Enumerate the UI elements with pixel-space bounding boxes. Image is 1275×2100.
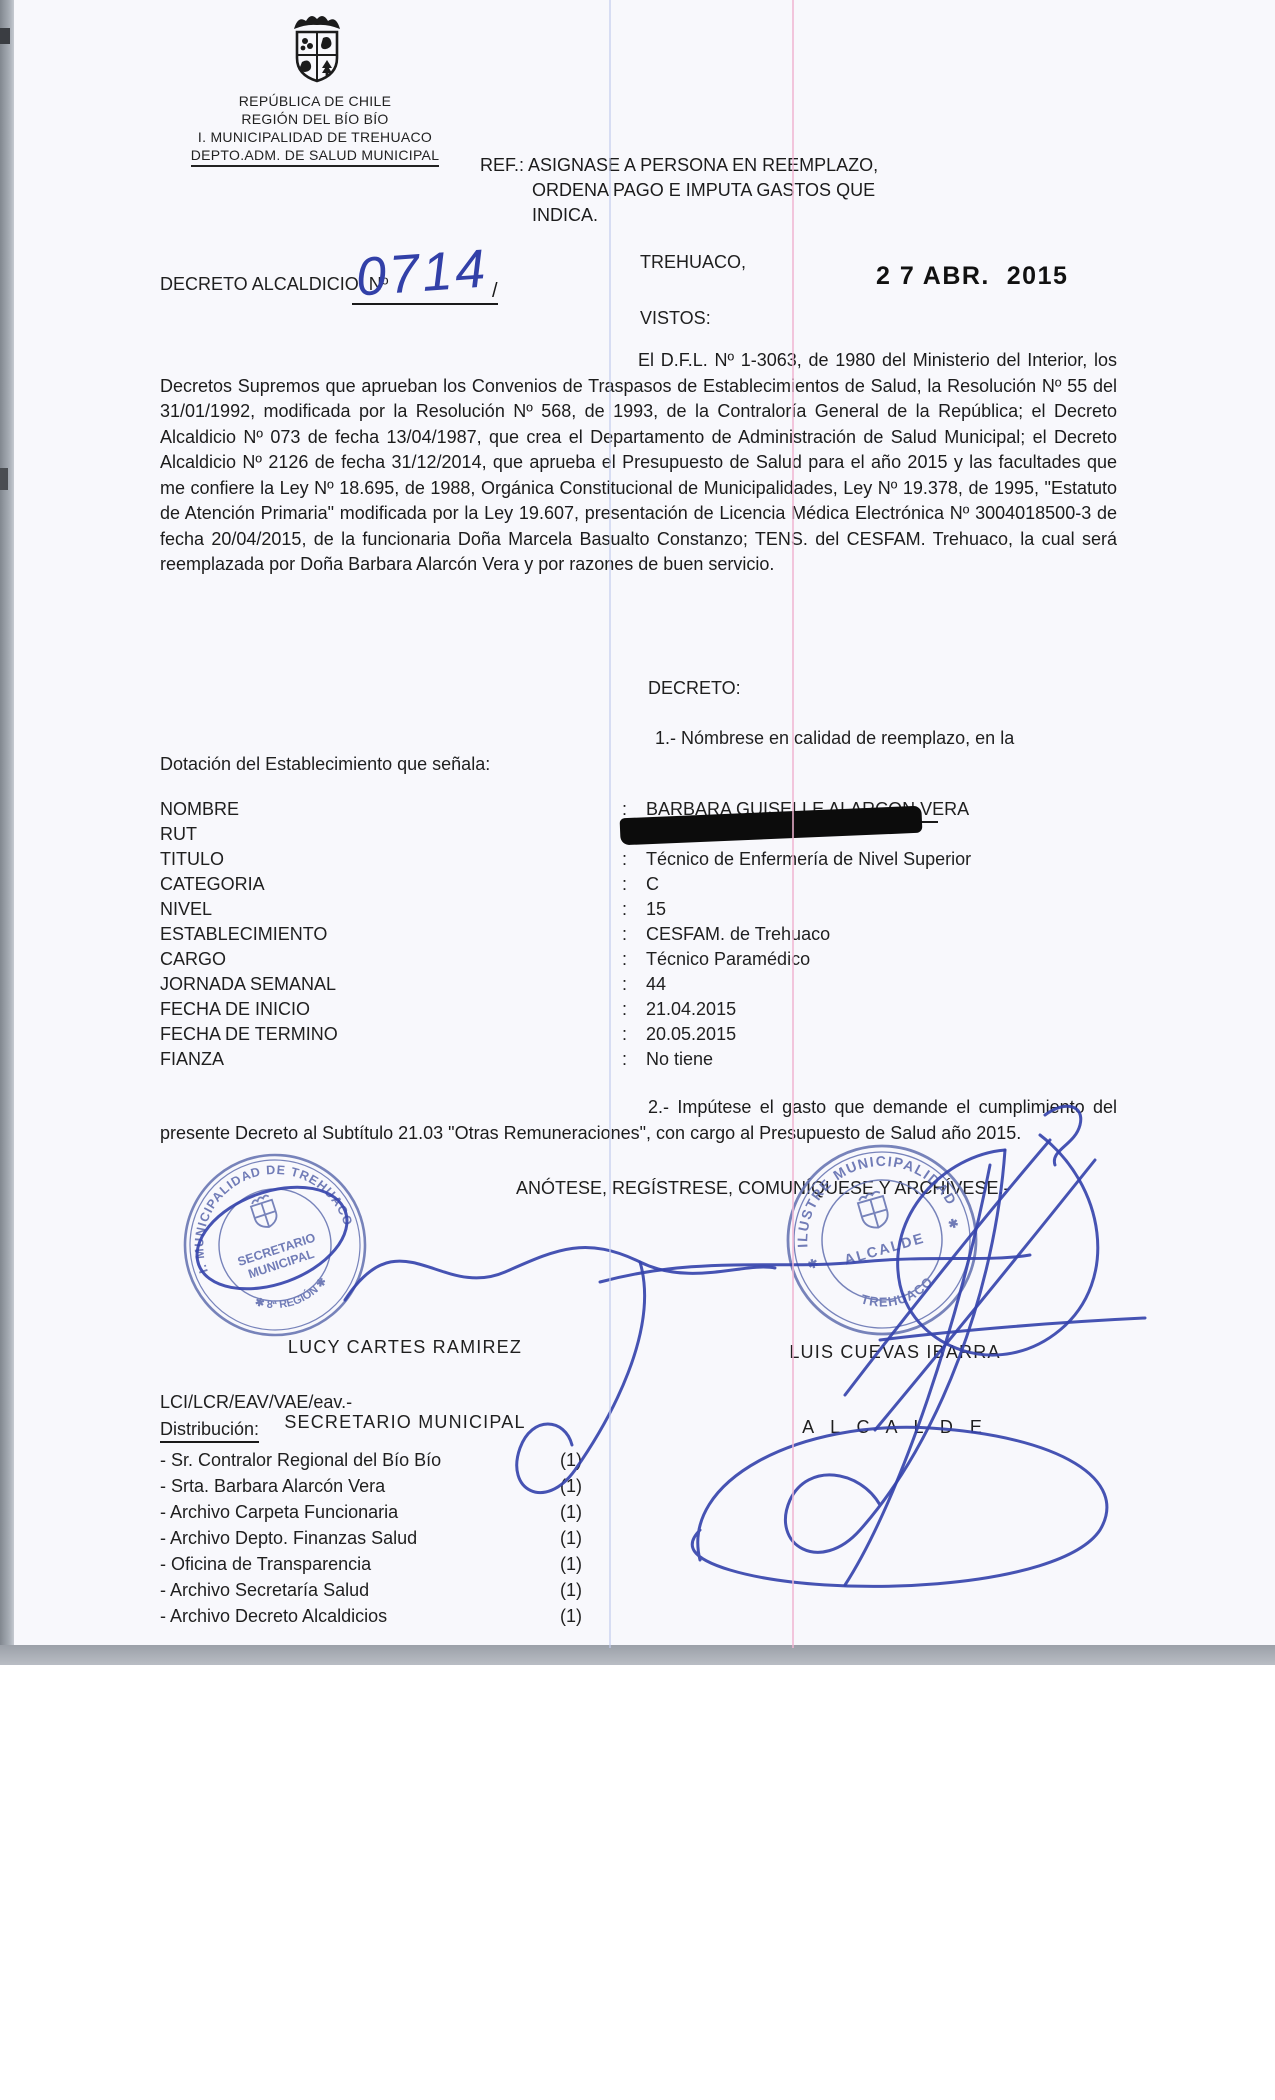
distribution-name: - Archivo Depto. Finanzas Salud (160, 1525, 560, 1551)
letterhead-line: REGIÓN DEL BÍO BÍO (165, 110, 465, 128)
scanner-left-edge (0, 0, 14, 1652)
scan-artifact-mark (0, 28, 10, 44)
distribution-copies: (1) (560, 1577, 630, 1603)
distribution-name: - Oficina de Transparencia (160, 1551, 560, 1577)
field-colon: : (622, 997, 646, 1022)
svg-text:✱ 8ª REGIÓN ✱: ✱ 8ª REGIÓN ✱ (251, 1274, 334, 1320)
field-value: 21.04.2015 (646, 997, 1120, 1022)
distribution-copies: (1) (560, 1447, 630, 1473)
letterhead-line: I. MUNICIPALIDAD DE TREHUACO (165, 128, 465, 146)
distribution-item: - Sr. Contralor Regional del Bío Bío(1) (160, 1447, 630, 1473)
distribution-name: - Sr. Contralor Regional del Bío Bío (160, 1447, 560, 1473)
field-value: 15 (646, 897, 1120, 922)
field-colon: : (622, 872, 646, 897)
field-label: FECHA DE TERMINO (160, 1022, 622, 1047)
distribution-item: - Srta. Barbara Alarcón Vera(1) (160, 1473, 630, 1499)
handwritten-decree-number: 0714 (354, 237, 490, 308)
field-row: NIVEL:15 (160, 897, 1120, 922)
field-label: NOMBRE (160, 797, 622, 822)
distribution-copies: (1) (560, 1525, 630, 1551)
distribution-item: - Archivo Decreto Alcaldicios(1) (160, 1603, 630, 1629)
vistos-label: VISTOS: (640, 306, 711, 331)
signer-name: LUIS CUEVAS IBARRA (735, 1340, 1055, 1365)
stamp-arc-bottom-text: ✱ 8ª REGIÓN ✱ (251, 1274, 334, 1320)
place-label: TREHUACO, (640, 250, 746, 275)
distribution-title: Distribución: (160, 1419, 259, 1443)
distribution-item: - Archivo Depto. Finanzas Salud(1) (160, 1525, 630, 1551)
field-label: FECHA DE INICIO (160, 997, 622, 1022)
letterhead-line: DEPTO.ADM. DE SALUD MUNICIPAL (165, 146, 465, 167)
paper-bottom-shadow (0, 1645, 1275, 1665)
distribution-copies: (1) (560, 1499, 630, 1525)
field-label: FIANZA (160, 1047, 622, 1072)
field-row: TITULO:Técnico de Enfermería de Nivel Su… (160, 847, 1120, 872)
stamp-center-text: ALCALDE (843, 1230, 927, 1268)
ref-line: INDICA. (480, 203, 900, 228)
municipal-coat-of-arms-icon (288, 12, 346, 90)
field-label: TITULO (160, 847, 622, 872)
stamp-star-right: ✱ (947, 1216, 961, 1232)
field-row: ESTABLECIMIENTO:CESFAM. de Trehuaco (160, 922, 1120, 947)
distribution-copies: (1) (560, 1473, 630, 1499)
stamp-shield-icon (249, 1194, 280, 1230)
field-colon: : (622, 897, 646, 922)
signer-title: SECRETARIO MUNICIPAL (250, 1410, 560, 1435)
field-row: CARGO:Técnico Paramédico (160, 947, 1120, 972)
secretario-municipal-stamp: I. MUNICIPALIDAD DE TREHUACO ✱ 8ª REGIÓN… (150, 1148, 400, 1343)
letterhead-dept-underlined: DEPTO.ADM. DE SALUD MUNICIPAL (191, 146, 440, 167)
decree-number-label: DECRETO ALCALDICIO Nº (160, 272, 388, 297)
distribution-item: - Oficina de Transparencia(1) (160, 1551, 630, 1577)
signer-title: A L C A L D E (735, 1415, 1055, 1440)
field-value: C (646, 872, 1120, 897)
decreto-label: DECRETO: (648, 676, 741, 701)
distribution-name: - Archivo Carpeta Funcionaria (160, 1499, 560, 1525)
field-colon: : (622, 1022, 646, 1047)
distribution-copies: (1) (560, 1551, 630, 1577)
field-value: Técnico Paramédico (646, 947, 1120, 972)
distribution-name: - Archivo Secretaría Salud (160, 1577, 560, 1603)
field-label: CATEGORIA (160, 872, 622, 897)
field-value: 44 (646, 972, 1120, 997)
field-row: FECHA DE TERMINO:20.05.2015 (160, 1022, 1120, 1047)
responsibility-initials: LCI/LCR/EAV/VAE/eav.- (160, 1392, 352, 1413)
field-label: NIVEL (160, 897, 622, 922)
scan-artifact-mark (0, 468, 8, 490)
field-row: FECHA DE INICIO:21.04.2015 (160, 997, 1120, 1022)
field-colon: : (622, 972, 646, 997)
field-label: CARGO (160, 947, 622, 972)
svg-text:TREHUACO: TREHUACO (856, 1271, 940, 1318)
scanned-decree-document: REPÚBLICA DE CHILE REGIÓN DEL BÍO BÍO I.… (0, 0, 1275, 2100)
stamp-star-left: ✱ (806, 1256, 820, 1272)
alcalde-stamp: ILUSTRE MUNICIPALIDAD TREHUACO ✱ ✱ ALCAL… (752, 1138, 1012, 1343)
field-row: JORNADA SEMANAL:44 (160, 972, 1120, 997)
stamp-shield-icon (856, 1190, 891, 1231)
field-label: RUT (160, 822, 622, 847)
field-value: Técnico de Enfermería de Nivel Superior (646, 847, 1120, 872)
field-row: CATEGORIA:C (160, 872, 1120, 897)
stamp-arc-bottom-text: TREHUACO (856, 1271, 940, 1318)
decreto-item1-line2: Dotación del Establecimiento que señala: (160, 752, 490, 777)
date-stamp: 2 7 ABR. 2015 (876, 262, 1068, 291)
field-colon: : (622, 922, 646, 947)
field-colon: : (622, 1047, 646, 1072)
ref-line: ORDENA PAGO E IMPUTA GASTOS QUE (480, 178, 900, 203)
field-label: ESTABLECIMIENTO (160, 922, 622, 947)
distribution-item: - Archivo Carpeta Funcionaria(1) (160, 1499, 630, 1525)
ref-line: REF.: ASIGNASE A PERSONA EN REEMPLAZO, (480, 153, 900, 178)
vistos-paragraph: El D.F.L. Nº 1-3063, de 1980 del Ministe… (160, 348, 1117, 578)
field-label: JORNADA SEMANAL (160, 972, 622, 997)
decreto-item1-line1: 1.- Nómbrese en calidad de reemplazo, en… (655, 726, 1014, 751)
distribution-list: - Sr. Contralor Regional del Bío Bío(1) … (160, 1447, 630, 1629)
field-colon: : (622, 947, 646, 972)
field-row: FIANZA:No tiene (160, 1047, 1120, 1072)
distribution-name: - Srta. Barbara Alarcón Vera (160, 1473, 560, 1499)
ref-block: REF.: ASIGNASE A PERSONA EN REEMPLAZO, O… (480, 153, 900, 228)
letterhead-line: REPÚBLICA DE CHILE (165, 92, 465, 110)
field-value: No tiene (646, 1047, 1120, 1072)
field-colon: : (622, 847, 646, 872)
letterhead: REPÚBLICA DE CHILE REGIÓN DEL BÍO BÍO I.… (165, 92, 465, 167)
distribution-name: - Archivo Decreto Alcaldicios (160, 1603, 560, 1629)
decree-number-slash: / (492, 280, 498, 303)
distribution-copies: (1) (560, 1603, 630, 1629)
field-value: 20.05.2015 (646, 1022, 1120, 1047)
field-value: CESFAM. de Trehuaco (646, 922, 1120, 947)
distribution-item: - Archivo Secretaría Salud(1) (160, 1577, 630, 1603)
